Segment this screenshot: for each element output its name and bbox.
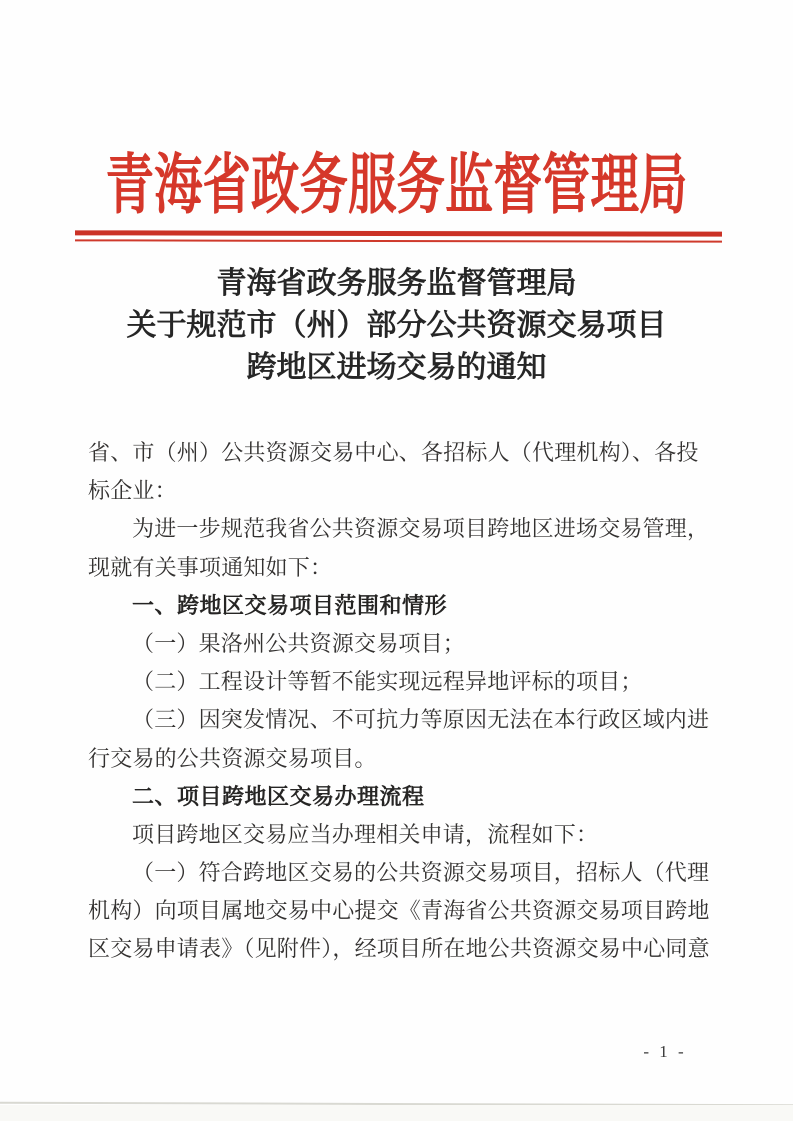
- body-line-item-1-1: （一）果洛州公共资源交易项目；: [88, 625, 718, 663]
- body-line-item-1-3-cont: 行交易的公共资源交易项目。: [88, 740, 718, 778]
- page-number: - 1 -: [630, 1042, 700, 1062]
- document-page: 青海省政务服务监督管理局 青海省政务服务监督管理局 关于规范市（州）部分公共资源…: [0, 0, 793, 1121]
- section-heading-1: 一、跨地区交易项目范围和情形: [88, 587, 718, 625]
- body-line-item-2-1: （一）符合跨地区交易的公共资源交易项目，招标人（代理: [88, 854, 718, 892]
- letterhead-agency-title: 青海省政务服务监督管理局: [91, 149, 702, 222]
- body-line-process-intro: 项目跨地区交易应当办理相关申请，流程如下：: [88, 816, 718, 854]
- section-heading-2: 二、项目跨地区交易办理流程: [88, 778, 718, 816]
- body-line-item-1-2: （二）工程设计等暂不能实现远程异地评标的项目；: [88, 663, 718, 701]
- scan-background-strip: [0, 1105, 793, 1121]
- letterhead-double-rule: [75, 230, 722, 242]
- title-line-2: 关于规范市（州）部分公共资源交易项目: [0, 305, 793, 347]
- body-line-salutation-cont: 标企业：: [88, 472, 718, 510]
- body-line-intro: 为进一步规范我省公共资源交易项目跨地区进场交易管理，: [88, 510, 718, 548]
- title-line-1: 青海省政务服务监督管理局: [0, 263, 793, 305]
- body-line-item-1-3: （三）因突发情况、不可抗力等原因无法在本行政区域内进: [88, 701, 718, 739]
- body-line-salutation: 省、市（州）公共资源交易中心、各招标人（代理机构）、各投: [88, 434, 718, 472]
- body-line-intro-cont: 现就有关事项通知如下：: [88, 549, 718, 587]
- document-title: 青海省政务服务监督管理局 关于规范市（州）部分公共资源交易项目 跨地区进场交易的…: [0, 263, 793, 389]
- body-line-item-2-1-cont: 机构）向项目属地交易中心提交《青海省公共资源交易项目跨地: [88, 892, 718, 930]
- title-line-3: 跨地区进场交易的通知: [0, 347, 793, 389]
- body-line-item-2-1-cont2: 区交易申请表》（见附件），经项目所在地公共资源交易中心同意: [88, 930, 718, 968]
- document-body: 省、市（州）公共资源交易中心、各招标人（代理机构）、各投 标企业： 为进一步规范…: [88, 434, 718, 969]
